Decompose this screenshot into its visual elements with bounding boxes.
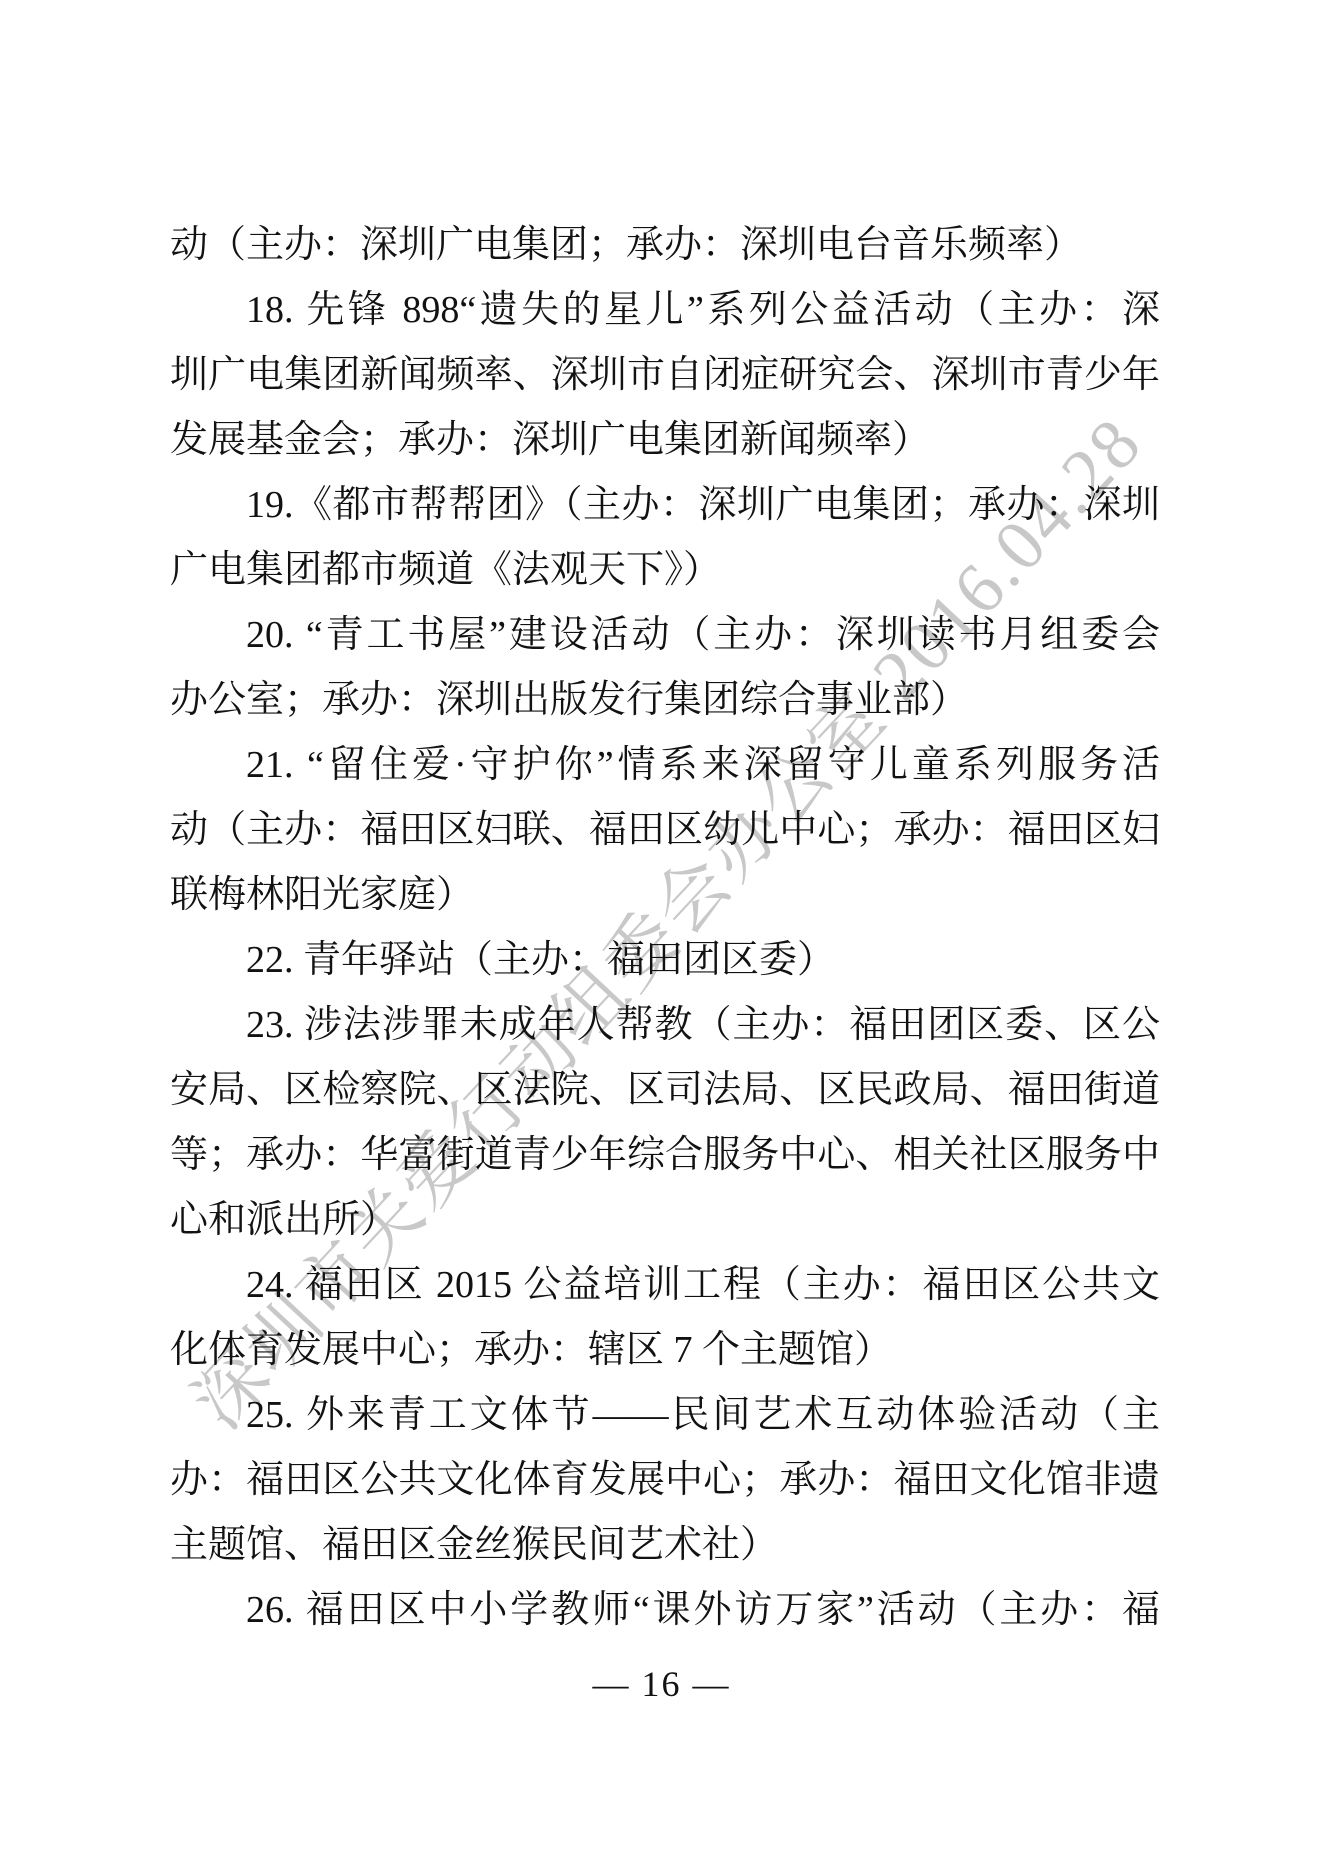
page-number: — 16 — bbox=[0, 1660, 1323, 1708]
text-line: 25. 外来青工文体节——民间艺术互动体验活动（主 bbox=[170, 1383, 1160, 1448]
document-page: 深圳市关爱行动组委会办公室 2016.04.28 动（主办：深圳广电集团；承办：… bbox=[0, 0, 1323, 1871]
text-line: 主题馆、福田区金丝猴民间艺术社） bbox=[170, 1513, 1160, 1578]
text-line: 18. 先锋 898“遗失的星儿”系列公益活动（主办：深 bbox=[170, 278, 1160, 343]
text-line: 办：福田区公共文化体育发展中心；承办：福田文化馆非遗 bbox=[170, 1448, 1160, 1513]
text-line: 发展基金会；承办：深圳广电集团新闻频率） bbox=[170, 408, 1160, 473]
text-line: 19.《都市帮帮团》（主办：深圳广电集团；承办：深圳 bbox=[170, 473, 1160, 538]
text-line: 安局、区检察院、区法院、区司法局、区民政局、福田街道 bbox=[170, 1058, 1160, 1123]
text-line: 22. 青年驿站（主办：福田团区委） bbox=[170, 928, 1160, 993]
text-line: 20. “青工书屋”建设活动（主办：深圳读书月组委会 bbox=[170, 603, 1160, 668]
text-line: 圳广电集团新闻频率、深圳市自闭症研究会、深圳市青少年 bbox=[170, 343, 1160, 408]
text-line: 动（主办：深圳广电集团；承办：深圳电台音乐频率） bbox=[170, 213, 1160, 278]
text-line: 广电集团都市频道《法观天下》） bbox=[170, 538, 1160, 603]
text-line: 心和派出所） bbox=[170, 1188, 1160, 1253]
text-line: 23. 涉法涉罪未成年人帮教（主办：福田团区委、区公 bbox=[170, 993, 1160, 1058]
text-line: 21. “留住爱·守护你”情系来深留守儿童系列服务活 bbox=[170, 733, 1160, 798]
text-line: 化体育发展中心；承办：辖区 7 个主题馆） bbox=[170, 1318, 1160, 1383]
text-line: 动（主办：福田区妇联、福田区幼儿中心；承办：福田区妇 bbox=[170, 798, 1160, 863]
document-body: 动（主办：深圳广电集团；承办：深圳电台音乐频率）18. 先锋 898“遗失的星儿… bbox=[170, 213, 1160, 1643]
text-line: 联梅林阳光家庭） bbox=[170, 863, 1160, 928]
text-line: 办公室；承办：深圳出版发行集团综合事业部） bbox=[170, 668, 1160, 733]
text-line: 等；承办：华富街道青少年综合服务中心、相关社区服务中 bbox=[170, 1123, 1160, 1188]
text-line: 24. 福田区 2015 公益培训工程（主办：福田区公共文 bbox=[170, 1253, 1160, 1318]
text-line: 26. 福田区中小学教师“课外访万家”活动（主办：福 bbox=[170, 1578, 1160, 1643]
